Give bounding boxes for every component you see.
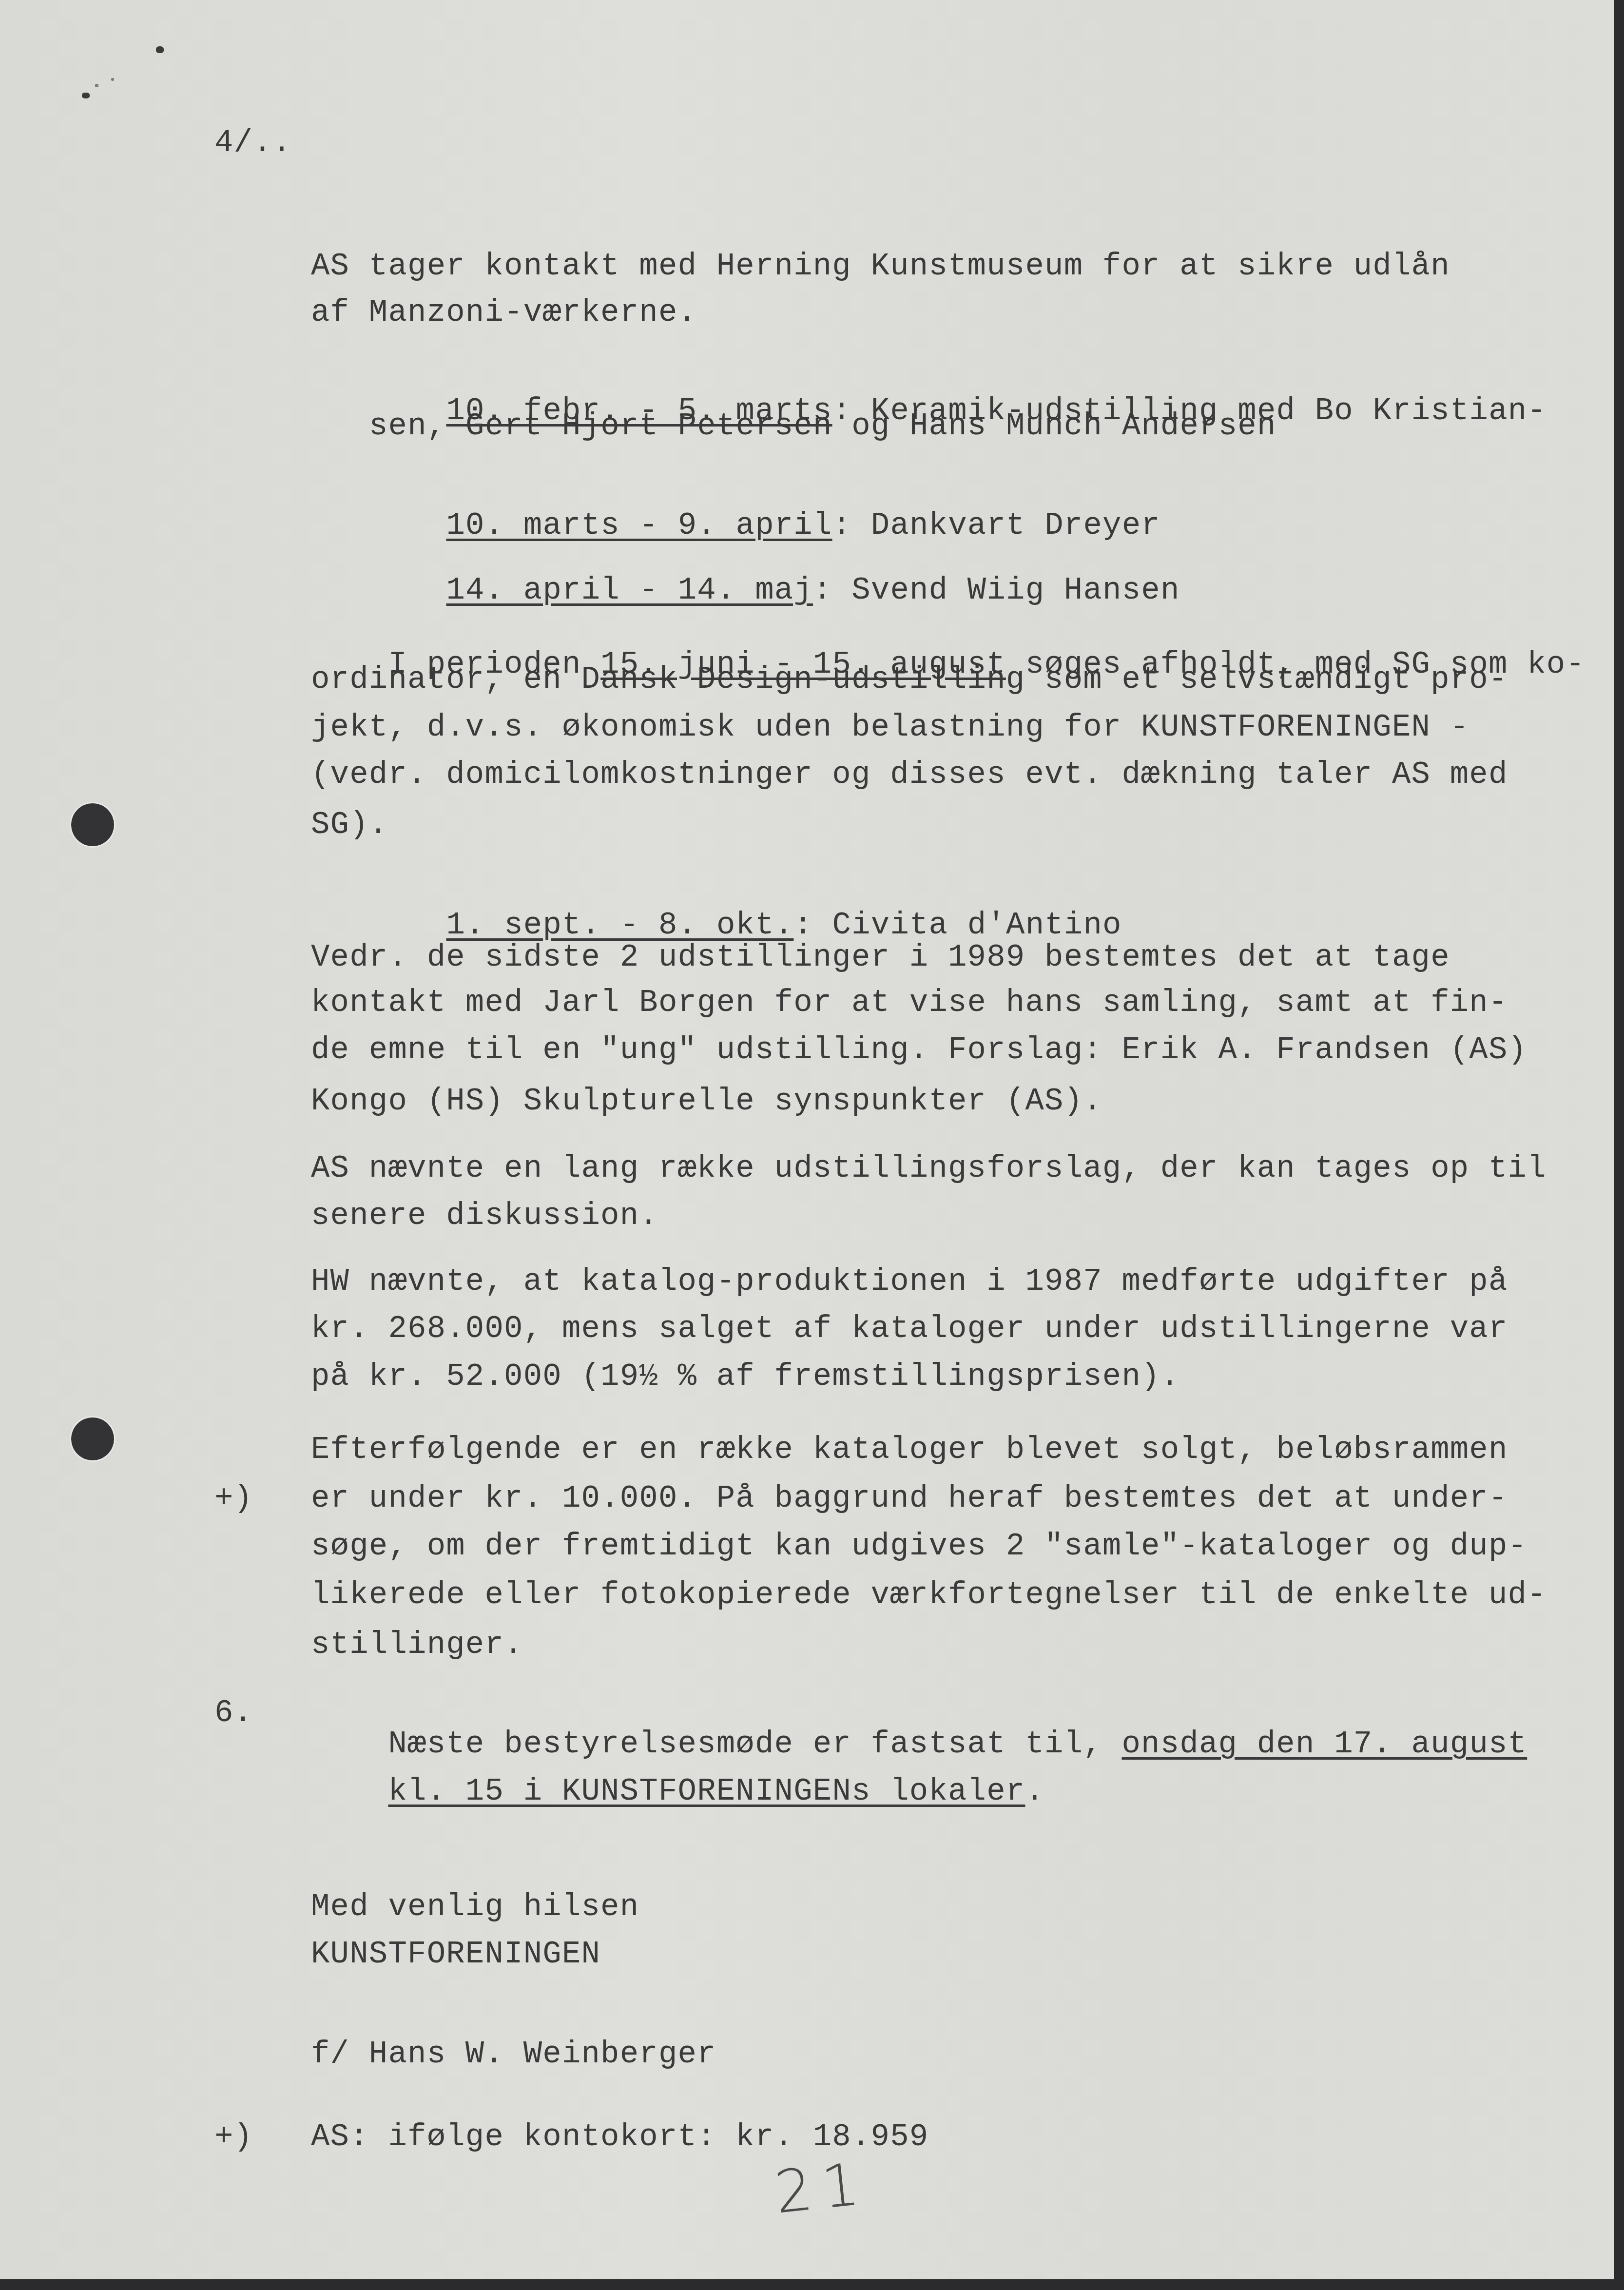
body-line: jekt, d.v.s. økonomisk uden belastning f… [311, 712, 1469, 743]
signature: f/ Hans W. Weinberger [311, 2039, 716, 2070]
closing-organization: KUNSTFORENINGEN [311, 1939, 600, 1970]
meeting-date: onsdag den 17. august [1121, 1727, 1527, 1762]
footnote-text: AS: ifølge kontokort: kr. 18.959 [311, 2122, 928, 2153]
body-line: ordinator, en Dansk Design-udstilling so… [311, 664, 1508, 696]
exhibition-entry-cont: sen, Gert Hjort Petersen og Hans Munch A… [369, 411, 1276, 442]
item-number: 6. [214, 1698, 253, 1729]
exhibition-title: Dankvart Dreyer [871, 508, 1160, 543]
exhibition-dates: 14. april - 14. maj [446, 573, 813, 608]
handwritten-page-number: 21 [772, 2150, 872, 2227]
body-line: Efterfølgende er en række kataloger blev… [311, 1435, 1508, 1466]
footnote-marker: +) [214, 2122, 253, 2153]
body-line: på kr. 52.000 (19½ % af fremstillingspri… [311, 1361, 1179, 1393]
staple-mark [95, 84, 98, 87]
body-line: stillinger. [311, 1630, 523, 1661]
body-line: kontakt med Jarl Borgen for at vise hans… [311, 988, 1508, 1019]
body-line: søge, om der fremtidigt kan udgives 2 "s… [311, 1531, 1527, 1562]
body-line: SG). [311, 810, 388, 841]
body-line: AS tager kontakt med Herning Kunstmuseum… [311, 251, 1450, 282]
body-line: kr. 268.000, mens salget af kataloger un… [311, 1314, 1508, 1345]
exhibition-title: Svend Wiig Hansen [851, 573, 1179, 608]
staple-mark [111, 78, 114, 81]
body-line: Kongo (HS) Skulpturelle synspunkter (AS)… [311, 1086, 1102, 1117]
body-line: HW nævnte, at katalog-produktionen i 198… [311, 1266, 1508, 1298]
meeting-location: kl. 15 i KUNSTFORENINGENs lokaler [388, 1774, 1025, 1809]
continuation-marker: 4/.. [214, 128, 291, 159]
document-page: 4/.. AS tager kontakt med Herning Kunstm… [0, 0, 1614, 2279]
body-line: er under kr. 10.000. På baggrund heraf b… [311, 1483, 1508, 1514]
exhibition-title: Civita d'Antino [832, 908, 1122, 943]
body-line: likerede eller fotokopierede værkfortegn… [311, 1580, 1547, 1611]
body-line: de emne til en "ung" udstilling. Forslag… [311, 1035, 1527, 1066]
staple-mark [156, 46, 164, 53]
exhibition-dates: 10. marts - 9. april [446, 508, 832, 543]
body-line: af Manzoni-værkerne. [311, 297, 697, 329]
body-line: Vedr. de sidste 2 udstillinger i 1989 be… [311, 942, 1450, 973]
punch-hole-icon [71, 803, 114, 846]
punch-hole-icon [71, 1417, 114, 1460]
body-line: (vedr. domicilomkostninger og disses evt… [311, 759, 1508, 791]
staple-mark [82, 93, 90, 98]
body-line: AS nævnte en lang række udstillingsforsl… [311, 1153, 1547, 1184]
body-line: senere diskussion. [311, 1201, 658, 1232]
closing-greeting: Med venlig hilsen [311, 1892, 639, 1923]
exhibition-dates: 1. sept. - 8. okt. [446, 908, 793, 943]
footnote-marker: +) [214, 1483, 253, 1514]
body-line: kl. 15 i KUNSTFORENINGENs lokaler. [311, 1745, 1044, 1839]
